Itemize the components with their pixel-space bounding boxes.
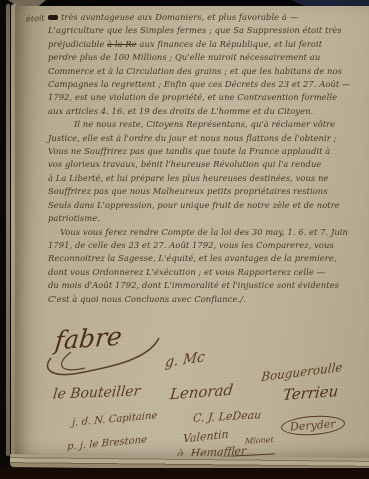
signature-bougueroulle: Bougueroulle — [261, 360, 343, 384]
signature-fabre: fabre — [54, 322, 124, 356]
manuscript-line: Il ne nous reste, Citoyens Représentans,… — [48, 118, 369, 131]
manuscript-line: Seuls dans L'oppression, pour unique fru… — [48, 199, 369, 212]
manuscript-line: perdre plus de 100 Millions ; Qu'elle nu… — [48, 51, 369, 64]
ink-blot-redaction — [48, 15, 58, 20]
signature-deryder-circled: Deryder — [280, 414, 345, 437]
line-text: très avantageuse aux Domaniers, et plus … — [61, 12, 298, 22]
margin-note: étoit — [26, 11, 46, 26]
signature-lenorad: Lenorad — [169, 381, 234, 404]
signature-capitaine: j. d. N. Capitaine — [72, 410, 158, 429]
signature-paraph: g. Mc — [164, 349, 205, 371]
signature-mlonet: Mlonet — [245, 435, 274, 446]
signature-terrieu: Terrieu — [282, 382, 339, 404]
manuscript-line: Vous vous ferez rendre Compte de la loi … — [48, 226, 369, 239]
manuscript-line: préjudiciable à la Re aux finances de la… — [48, 38, 369, 51]
struck-text: à la Re — [107, 39, 137, 49]
line-text: préjudiciable — [48, 39, 107, 49]
manuscript-line: 1792, est une violation de propriété, et… — [48, 91, 369, 104]
bottom-shadow — [0, 468, 369, 479]
signature-valentin: Valentin — [183, 428, 229, 446]
manuscript-line: Souffrirez pas que nous Malheureux petit… — [48, 185, 369, 198]
manuscript-line: très avantageuse aux Domaniers, et plus … — [48, 11, 369, 24]
manuscript-line: vos glorieux travaux, bénit l'heureuse R… — [48, 158, 369, 171]
manuscript-line: 1791, de celle des 23 et 27. Août 1792, … — [48, 239, 369, 252]
signature-brestone: p. j. le Brestone — [67, 434, 147, 452]
manuscript-line: Justice, elle est à l'ordre du jour et n… — [48, 132, 369, 145]
page-edge-strip — [6, 4, 10, 456]
manuscript-line: dont vous Ordonnerez L'éxécution ; et vo… — [48, 266, 369, 279]
manuscript-line: C'est à quoi nous Concluons avec Confian… — [48, 293, 369, 306]
manuscript-line: Campagnes la regrettent ; Enfin que ces … — [48, 78, 369, 91]
manuscript-line: Vous ne Souffrirez pas que tandis que to… — [48, 145, 369, 158]
manuscript-line: à La Liberté, et lui prépare les plus he… — [48, 172, 369, 185]
manuscript-line: patriotisme. — [48, 212, 369, 225]
manuscript-page: étoit très avantageuse aux Domaniers, et… — [15, 6, 369, 458]
manuscript-photo: étoit très avantageuse aux Domaniers, et… — [0, 0, 369, 479]
manuscript-line: L'agriculture que les Simples fermes ; q… — [48, 24, 369, 37]
signature-ledeau: C. J. LeDeau — [192, 408, 261, 425]
signature-bouteiller: le Bouteiller — [52, 383, 141, 402]
manuscript-line: du mois d'Août 1792, dont L'immoralité e… — [48, 279, 369, 292]
manuscript-line: Reconnoitrez la Sagesse, L'équité, et le… — [48, 252, 369, 265]
line-text: aux finances de la République, et lui fe… — [137, 39, 322, 49]
manuscript-text: très avantageuse aux Domaniers, et plus … — [48, 11, 369, 306]
manuscript-line: Commerce et à la Circulation des grains … — [48, 65, 369, 78]
manuscript-line: aux articles 4. 16. et 19 des droits de … — [48, 105, 369, 118]
